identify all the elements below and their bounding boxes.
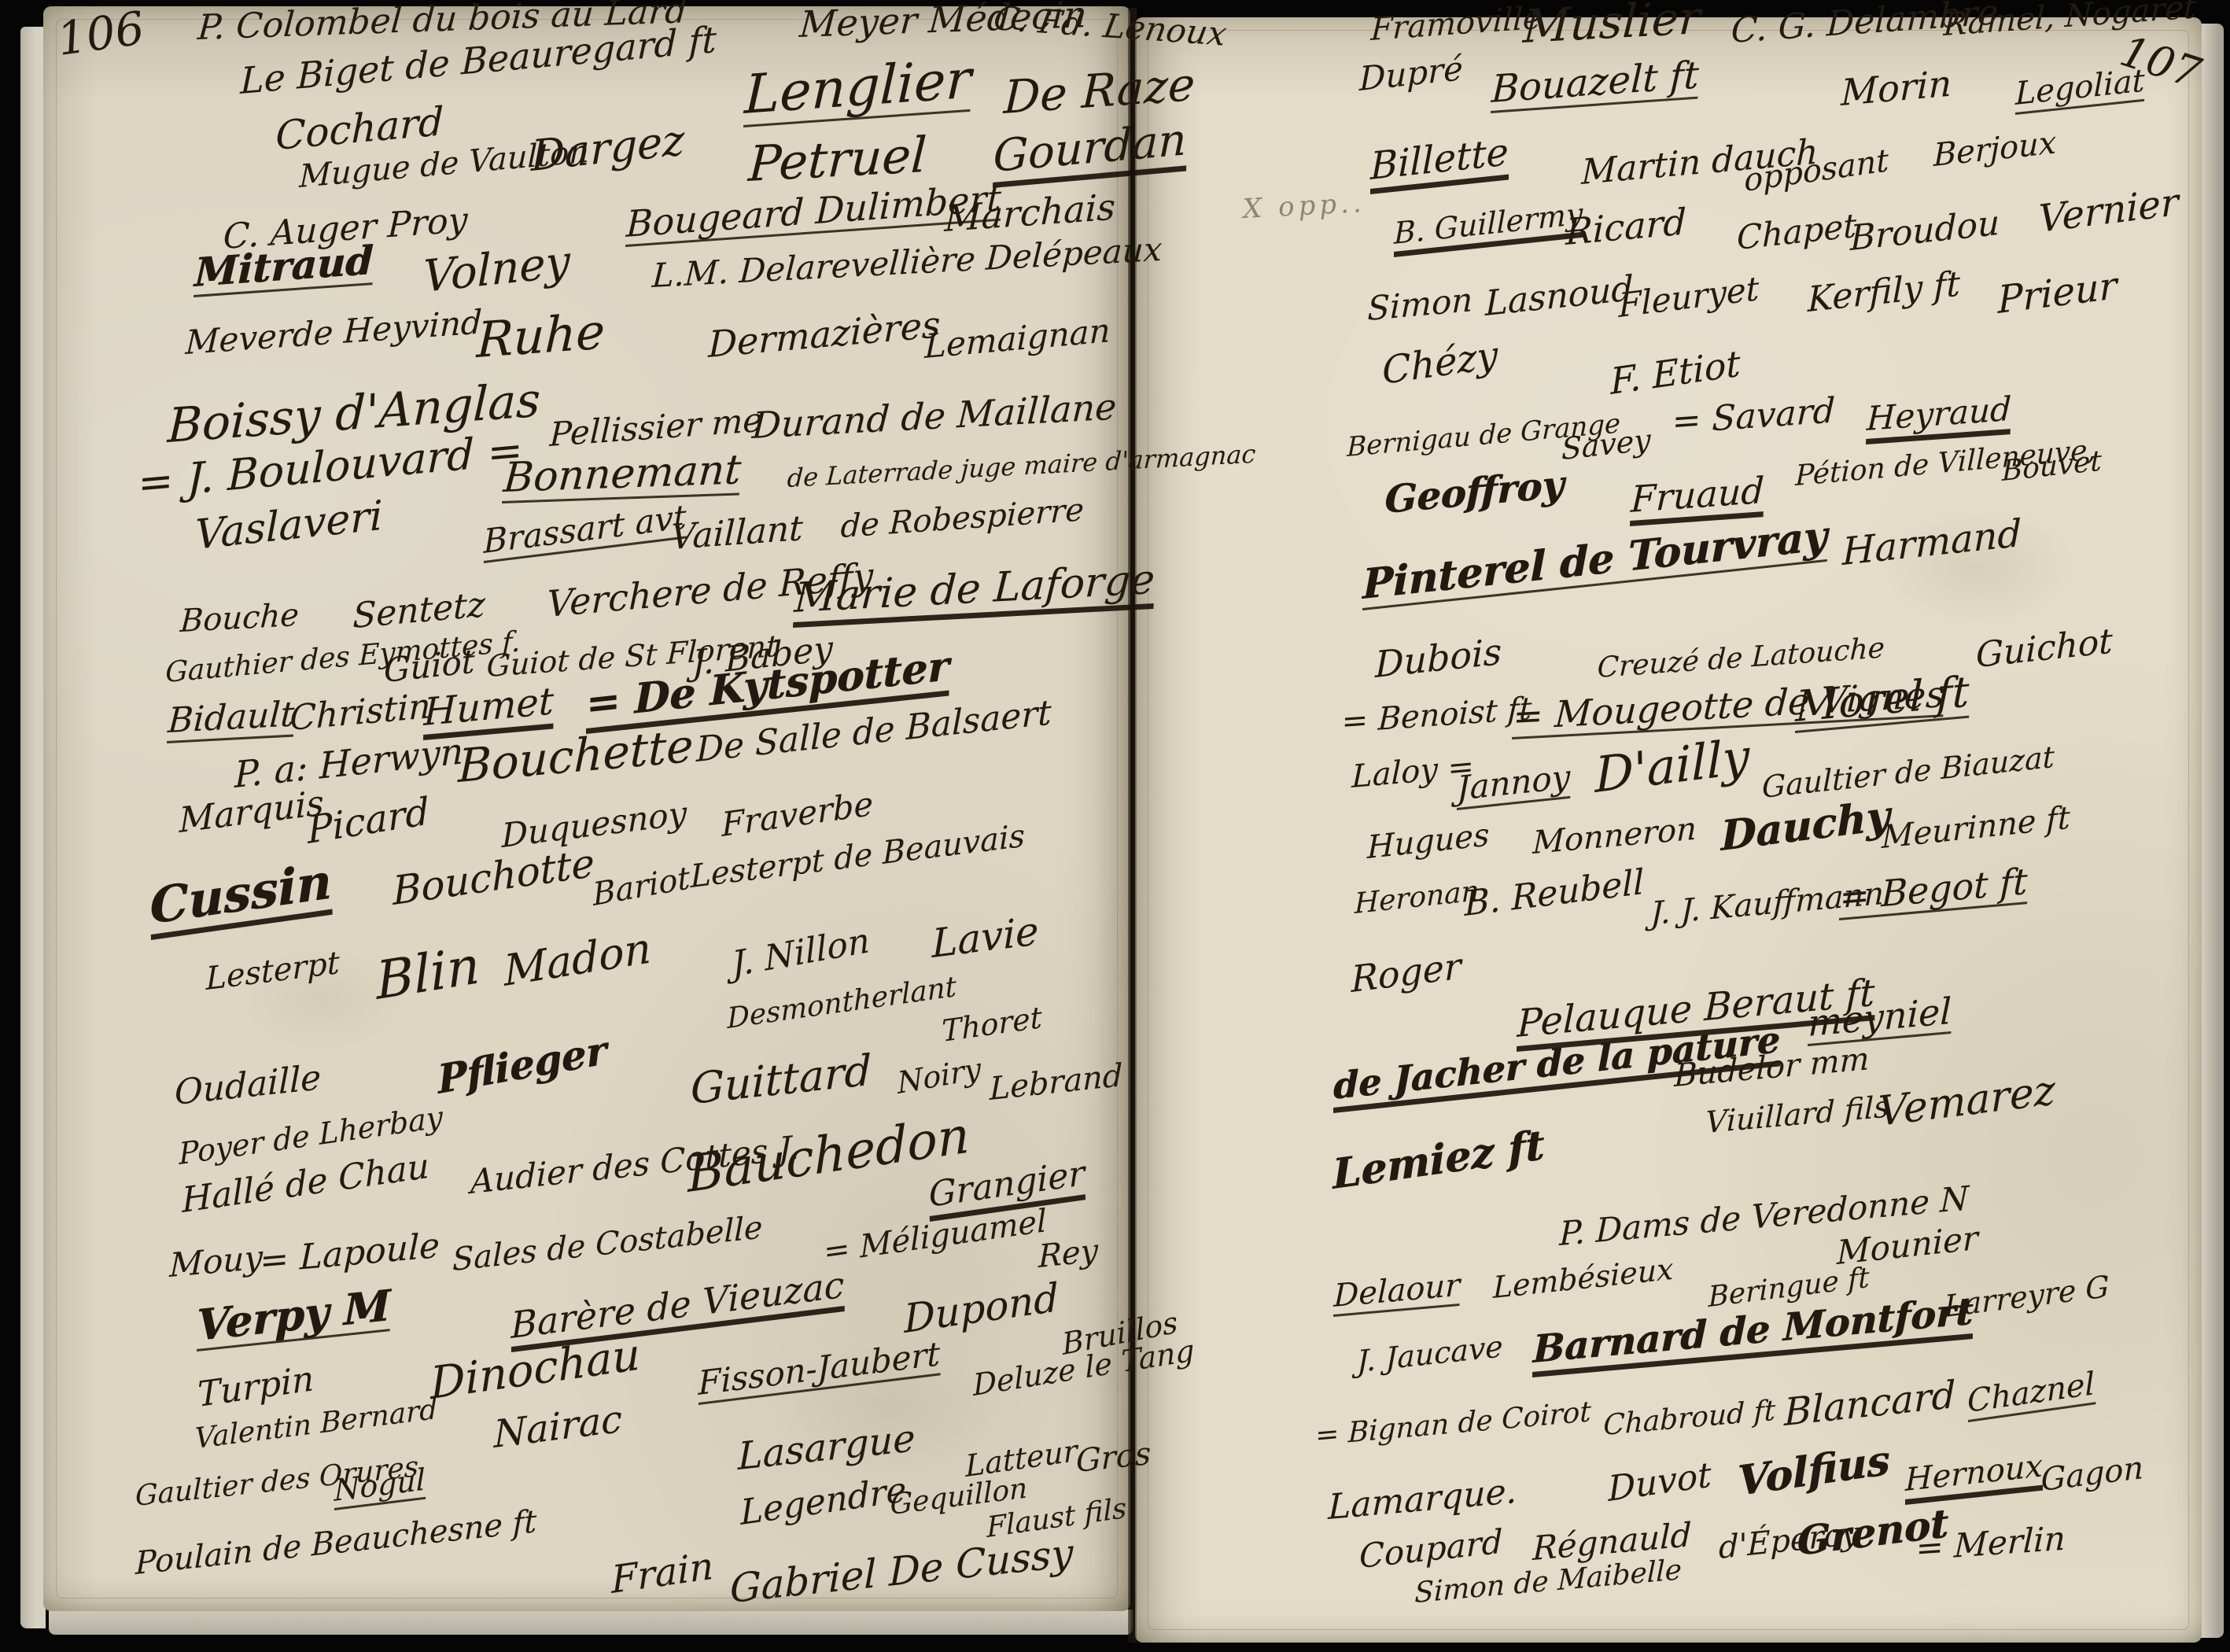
bottom-page-stack-edge [49,1610,1133,1635]
photographed-book-spread: 106 107 X opp.. P. Colombel du bois au L… [0,0,2230,1652]
book-gutter-shadow [1128,8,1137,1643]
right-page-border-line [1148,30,2189,1630]
right-page [1135,17,2202,1643]
pencil-annotation: X opp.. [1242,187,1366,225]
right-page-stack-edge [2200,24,2224,1638]
left-page-stack-edge [20,27,46,1628]
left-page-border-line [56,19,1118,1599]
left-page [43,6,1130,1611]
